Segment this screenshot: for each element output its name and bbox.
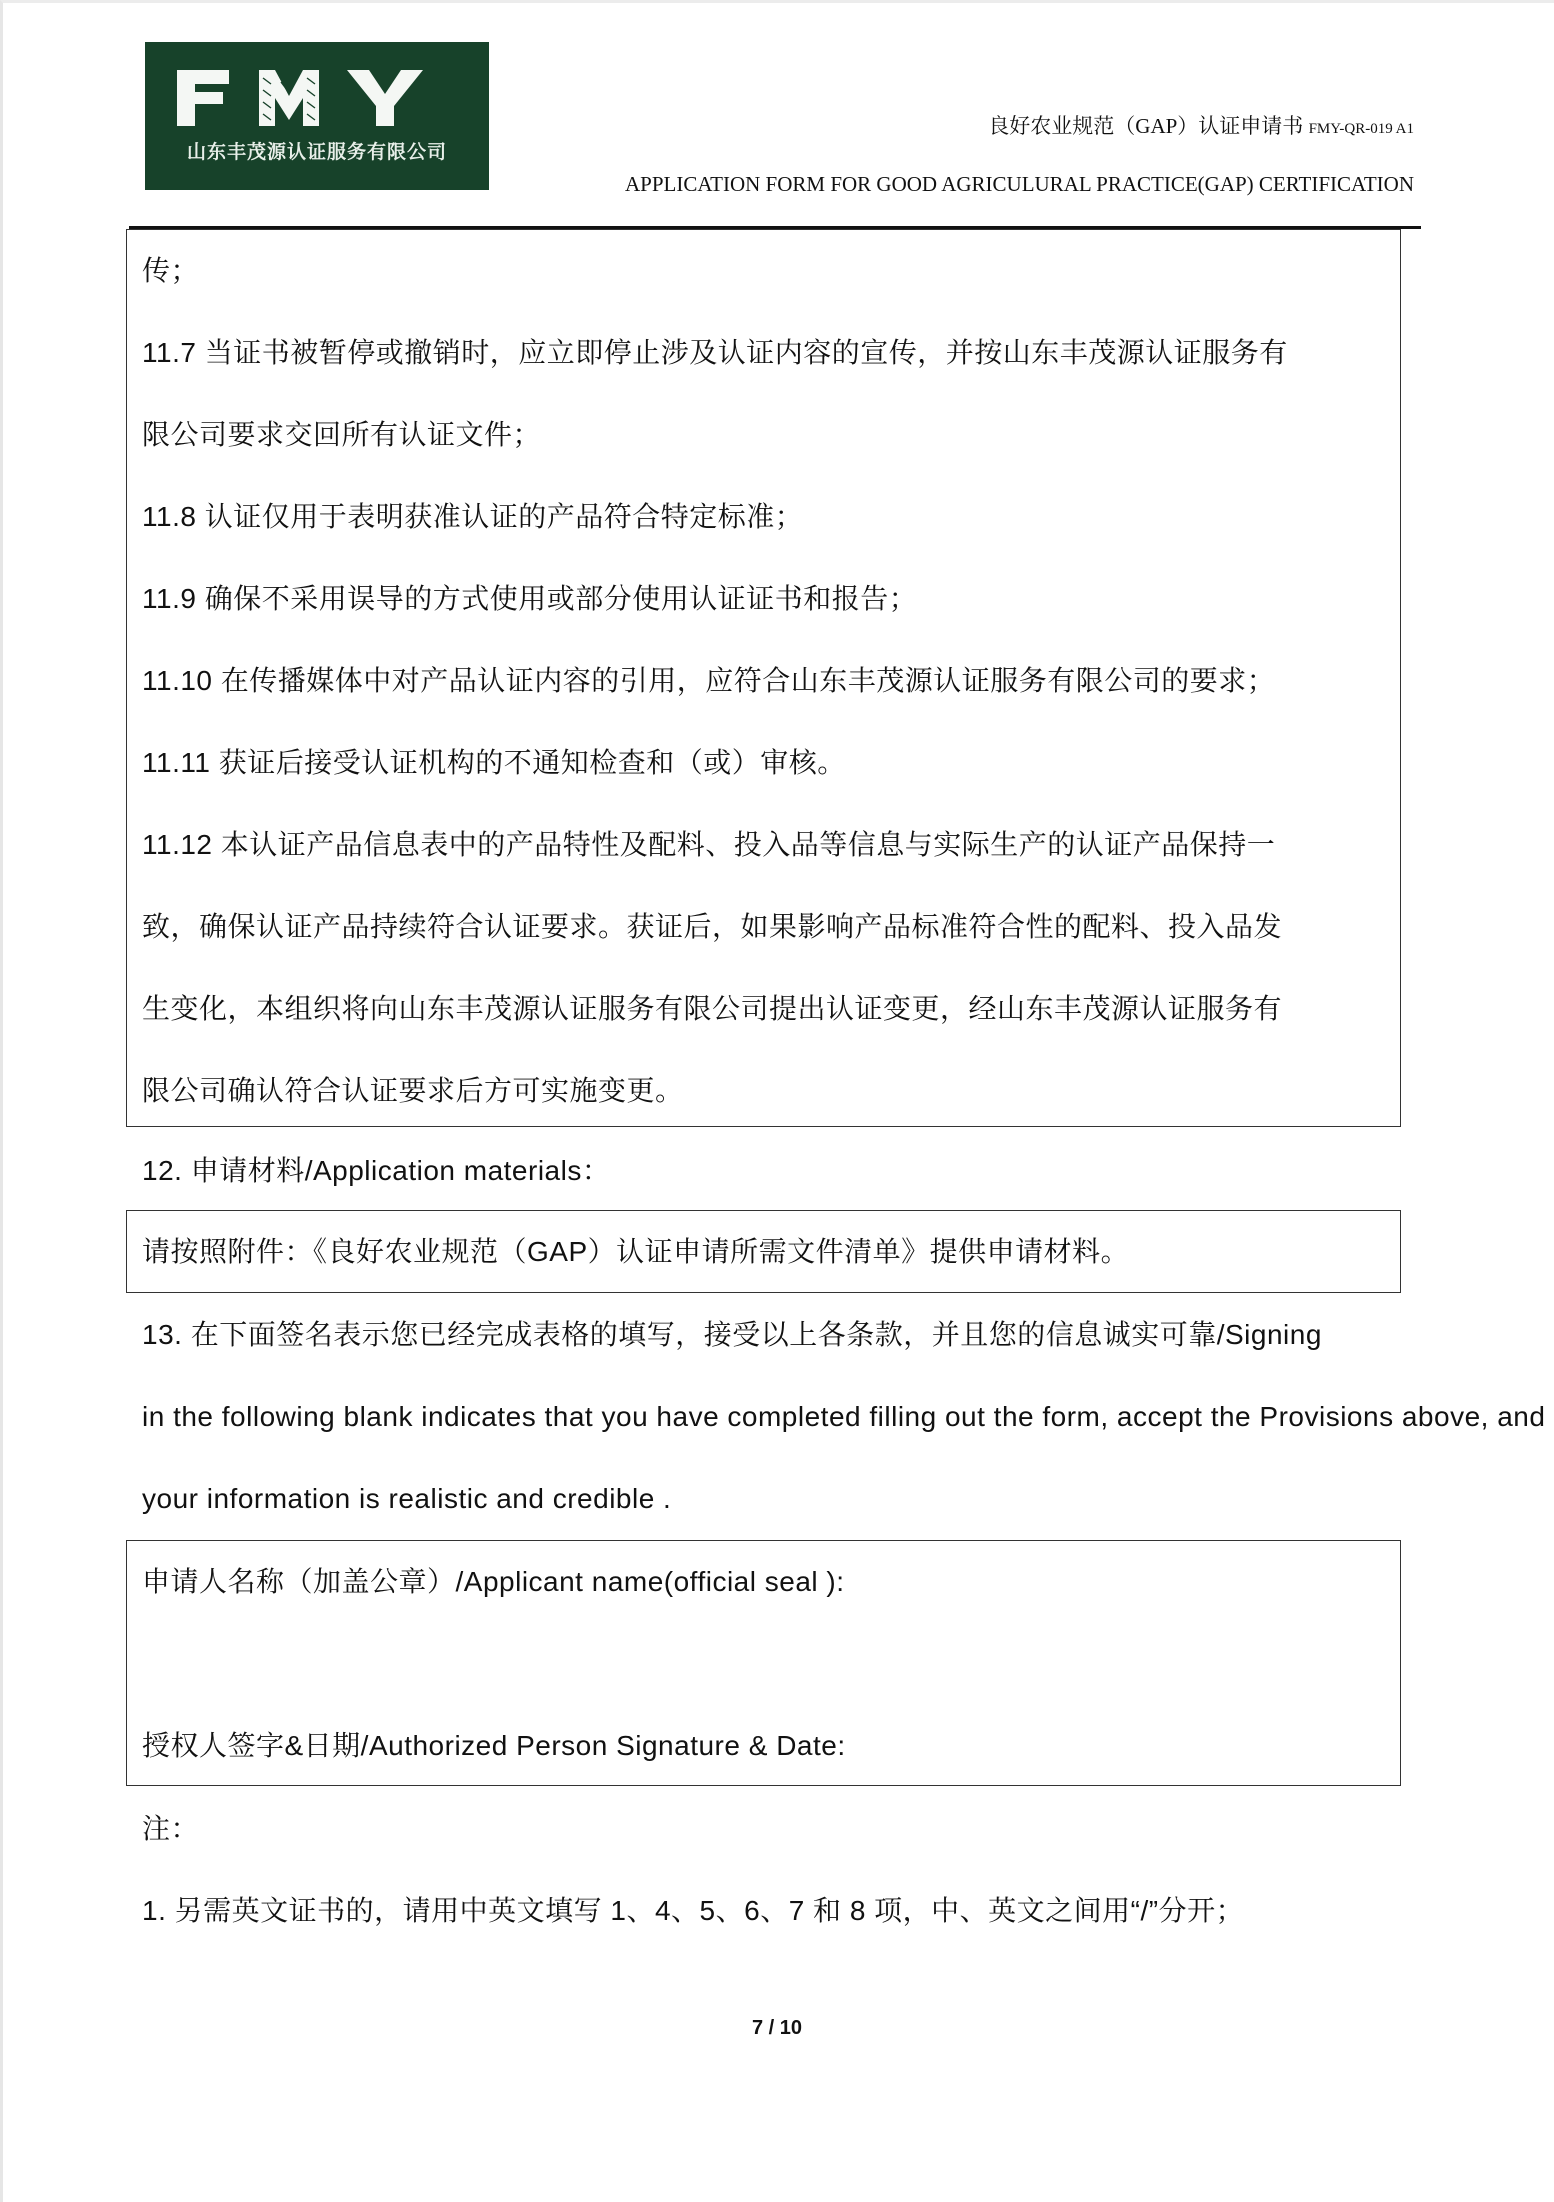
- section13-line: 13. 在下面签名表示您已经完成表格的填写，接受以上各条款，并且您的信息诚实可靠…: [142, 1318, 1322, 1352]
- notes-title: 注：: [142, 1812, 199, 1846]
- section11-line: 限公司确认符合认证要求后方可实施变更。: [142, 1074, 684, 1108]
- signature-date-label: 授权人签字&日期/Authorized Person Signature & D…: [142, 1729, 846, 1763]
- section11-line: 11.9 确保不采用误导的方式使用或部分使用认证证书和报告；: [142, 582, 917, 616]
- note-item: 1. 另需英文证书的，请用中英文填写 1、4、5、6、7 和 8 项，中、英文之…: [142, 1894, 1244, 1928]
- header-title-en: APPLICATION FORM FOR GOOD AGRICULURAL PR…: [625, 172, 1414, 197]
- section12-content: 请按照附件：《良好农业规范（GAP）认证申请所需文件清单》提供申请材料。: [142, 1235, 1129, 1269]
- section11-line: 致，确保认证产品持续符合认证要求。获证后，如果影响产品标准符合性的配料、投入品发: [142, 910, 1282, 944]
- form-title-cn: 良好农业规范（GAP）认证申请书: [988, 114, 1303, 138]
- section11-line: 限公司要求交回所有认证文件；: [142, 418, 541, 452]
- fmy-logo-icon: [177, 68, 457, 128]
- section13-line: in the following blank indicates that yo…: [142, 1400, 1545, 1434]
- section12-heading: 12. 申请材料/Application materials：: [142, 1154, 610, 1188]
- applicant-name-field[interactable]: [142, 1605, 1382, 1715]
- form-code: FMY-QR-019 A1: [1309, 121, 1414, 137]
- logo-company-name: 山东丰茂源认证服务有限公司: [145, 137, 489, 164]
- company-logo: 山东丰茂源认证服务有限公司: [145, 42, 489, 190]
- section11-line: 11.12 本认证产品信息表中的产品特性及配料、投入品等信息与实际生产的认证产品…: [142, 828, 1275, 862]
- signature-date-field[interactable]: [820, 1725, 1380, 1769]
- section11-line: 11.7 当证书被暂停或撤销时，应立即停止涉及认证内容的宣传，并按山东丰茂源认证…: [142, 336, 1288, 370]
- section11-line: 11.10 在传播媒体中对产品认证内容的引用，应符合山东丰茂源认证服务有限公司的…: [142, 664, 1275, 698]
- section11-line: 11.11 获证后接受认证机构的不通知检查和（或）审核。: [142, 746, 846, 780]
- section11-line: 生变化，本组织将向山东丰茂源认证服务有限公司提出认证变更，经山东丰茂源认证服务有: [142, 992, 1282, 1026]
- section11-line: 传；: [142, 254, 199, 288]
- section11-line: 11.8 认证仅用于表明获准认证的产品符合特定标准；: [142, 500, 803, 534]
- header-title-cn: 良好农业规范（GAP）认证申请书 FMY-QR-019 A1: [988, 110, 1414, 140]
- section13-line: your information is realistic and credib…: [142, 1482, 671, 1516]
- applicant-name-label: 申请人名称（加盖公章）/Applicant name(official seal…: [142, 1565, 845, 1599]
- page-number: 7 / 10: [0, 2017, 1554, 2040]
